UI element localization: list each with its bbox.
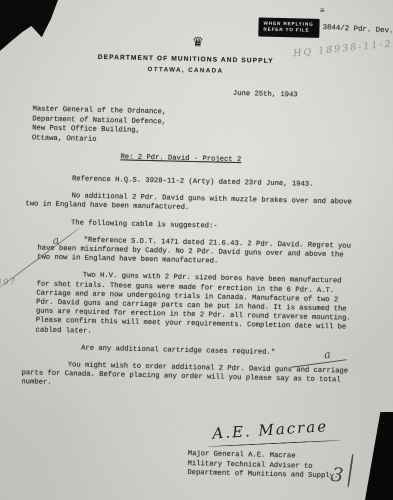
handwritten-margin-number: 497 [0, 277, 16, 288]
pencil-top-mark: ≡ [320, 6, 325, 15]
signature-block: Major General A.E. Macrae Military Techn… [187, 450, 339, 482]
handwritten-bottom-number: 3 [330, 464, 344, 487]
subject-line: Re: 2 Pdr. David - Project 2 [120, 153, 241, 164]
paragraph-reference: Reference H.Q.S. 3928-11-2 (Arty) dated … [26, 174, 362, 191]
paragraph-no-additional: No additional 2 Pdr. David guns with muz… [25, 191, 361, 217]
letter-body: Reference H.Q.S. 3928-11-2 (Arty) dated … [21, 174, 362, 403]
department-title: DEPARTMENT OF MUNITIONS AND SUPPLY [61, 53, 311, 66]
recipient-address: Master General of the Ordnance, Departme… [32, 105, 167, 146]
signature-name: Major General A.E. Macrae [188, 450, 296, 460]
handwritten-letter-a-margin: a [52, 234, 60, 248]
file-stamp-box: WHEN REPLYING REFER TO FILE [258, 17, 319, 37]
crest-icon: ♛ [192, 34, 204, 50]
handwritten-hq-number: HQ 18938-11-2 [293, 38, 393, 59]
file-stamp-line2: REFER TO FILE [263, 27, 313, 35]
letter-content: ≡ WHEN REPLYING REFER TO FILE 3844/2 Pdr… [0, 0, 393, 500]
signature-organization: Department of Munitions and Supply. [187, 469, 338, 480]
handwritten-signature: A.E. Macrae [212, 417, 329, 442]
scanned-letter-page: ≡ WHEN REPLYING REFER TO FILE 3844/2 Pdr… [0, 0, 393, 500]
handwritten-bottom-stroke [347, 454, 354, 488]
paragraph-order-suggestion: You might wish to order additional 2 Pdr… [21, 360, 358, 395]
paragraph-cable-cartridge: Are any additional cartridge cases requi… [35, 343, 352, 359]
paragraph-cable-start: "Reference S.D.T. 1471 dated 21.6.43. 2 … [37, 235, 355, 270]
paragraph-cable-hv-guns: Two H.V. guns with 2 Pdr. sized bores ha… [35, 271, 353, 343]
handwritten-letter-a-inline: a [324, 348, 332, 361]
file-number: 3844/2 Pdr. Dev. [322, 24, 393, 36]
city-line: OTTAWA, CANADA [60, 64, 310, 77]
date-line: June 25th, 1943 [233, 90, 298, 99]
paragraph-cable-intro: The following cable is suggested:- [25, 218, 361, 235]
